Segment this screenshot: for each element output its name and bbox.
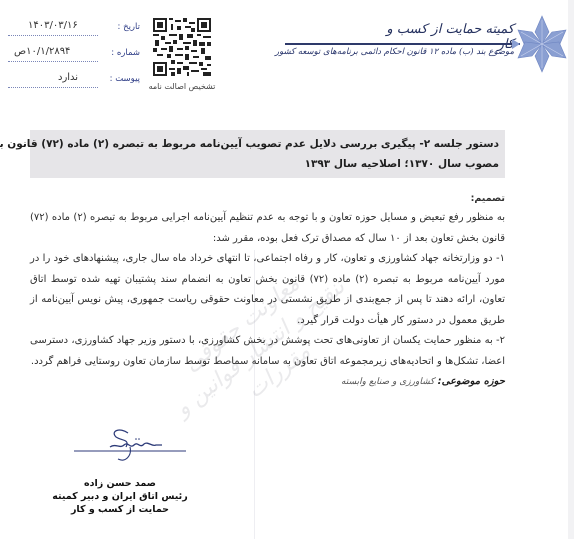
- dotted-line: [8, 35, 98, 36]
- signer-title-2: حمایت از کسب و کار: [40, 503, 200, 516]
- decision-item-1: ۱- دو وزارتخانه جهاد کشاورزی و تعاون، کا…: [30, 249, 505, 331]
- date-value: ۱۴۰۳/۰۳/۱۶: [28, 20, 78, 31]
- attachment-label: پیوست :: [110, 74, 140, 84]
- org-subtitle: موضوع بند (ب) ماده ۱۲ قانون احکام دائمی …: [278, 47, 514, 57]
- number-row: شماره : ۱۰/۱/۲۸۹۴ص: [8, 48, 140, 62]
- signer-block: صمد حسن زاده رئیس اتاق ایران و دبیر کمیت…: [40, 477, 200, 516]
- signer-name: صمد حسن زاده: [40, 477, 200, 490]
- signature-icon: [70, 425, 190, 470]
- topic-row: حوزه موضوعی: کشاورزی و صنایع وابسته: [30, 372, 505, 392]
- number-value: ۱۰/۱/۲۸۹۴ص: [14, 46, 70, 57]
- number-label: شماره :: [111, 48, 140, 58]
- agenda-line-1: دستور جلسه ۲- پیگیری بررسی دلایل عدم تصو…: [36, 134, 499, 154]
- agenda-line-2: مصوب سال ۱۳۷۰؛ اصلاحیه سال ۱۳۹۳: [36, 154, 499, 174]
- six-point-star-logo-icon: [514, 14, 570, 74]
- attachment-value: ندارد: [58, 72, 78, 83]
- dotted-line: [8, 87, 98, 88]
- decision-intro: به منظور رفع تبعیض و مسایل حوزه تعاون و …: [30, 208, 505, 249]
- topic-value: کشاورزی و صنایع وابسته: [341, 377, 434, 387]
- decision-section: تصمیم: به منظور رفع تبعیض و مسایل حوزه ت…: [30, 190, 505, 392]
- date-row: تاریخ : ۱۴۰۳/۰۳/۱۶: [8, 22, 140, 36]
- page-edge: [568, 0, 574, 539]
- date-label: تاریخ :: [118, 22, 140, 32]
- attachment-row: پیوست : ندارد: [8, 74, 140, 88]
- header-divider: [285, 43, 520, 45]
- dotted-line: [8, 61, 98, 62]
- agenda-box: دستور جلسه ۲- پیگیری بررسی دلایل عدم تصو…: [30, 130, 505, 178]
- qr-code-icon[interactable]: [153, 18, 211, 76]
- qr-caption: تشخیص اصالت نامه: [140, 82, 224, 91]
- topic-label: حوزه موضوعی:: [438, 376, 505, 387]
- decision-item-2: ۲- به منظور حمایت یکسان از تعاونی‌های تح…: [30, 331, 505, 372]
- signer-title-1: رئیس اتاق ایران و دبیر کمیته: [40, 490, 200, 503]
- decision-heading: تصمیم:: [30, 190, 505, 208]
